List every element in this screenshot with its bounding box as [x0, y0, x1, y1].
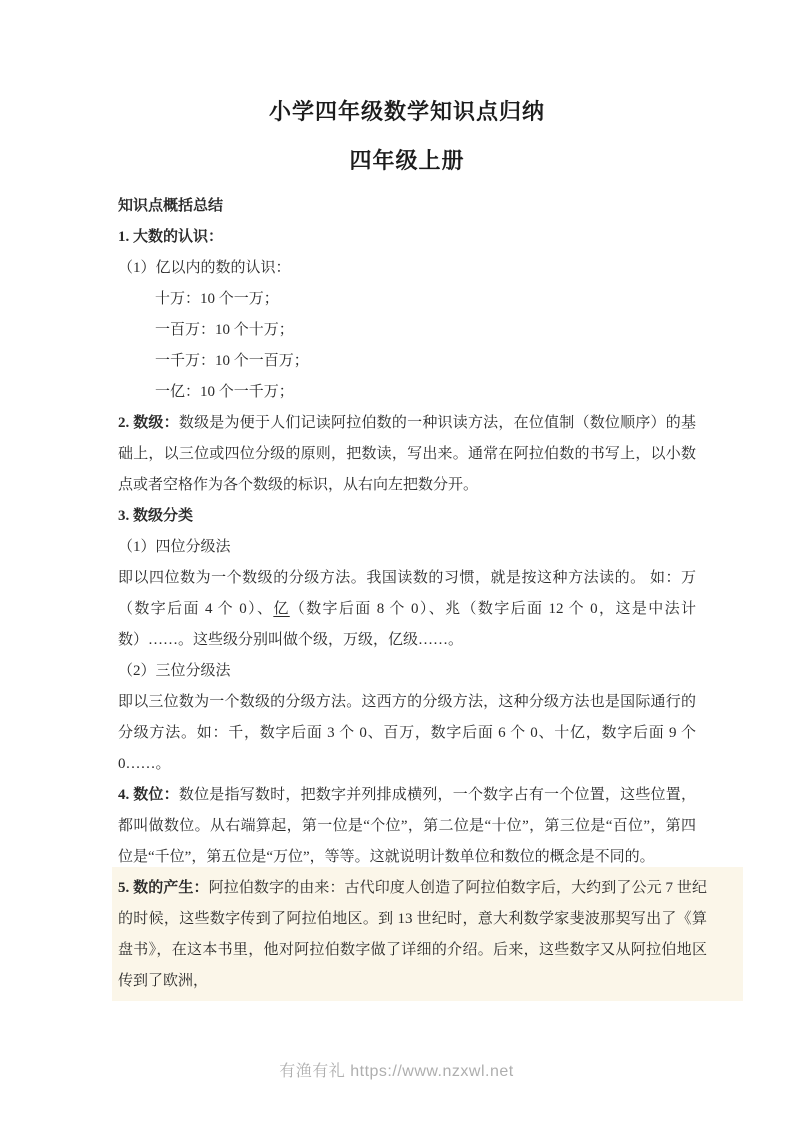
- section2-paragraph: 2. 数级：数级是为便于人们记读阿拉伯数的一种识读方法，在位值制（数位顺序）的基…: [118, 408, 696, 501]
- section4-body: 数位是指写数时，把数字并列排成横列，一个数字占有一个位置，这些位置，都叫做数位。…: [118, 787, 696, 865]
- section3-heading: 3. 数级分类: [118, 501, 696, 532]
- section1-subheading: （1）亿以内的数的认识：: [118, 253, 696, 284]
- page-subtitle: 四年级上册: [118, 147, 696, 175]
- section4-lead: 4. 数位：: [118, 787, 179, 803]
- place-value-line: 一百万：10 个十万；: [118, 315, 696, 346]
- section5-highlight-block: 5. 数的产生：阿拉伯数字的由来：古代印度人创造了阿拉伯数字后，大约到了公元 7…: [112, 867, 743, 1001]
- section2-body: 数级是为便于人们记读阿拉伯数的一种识读方法，在位值制（数位顺序）的基础上，以三位…: [118, 415, 696, 493]
- overview-heading: 知识点概括总结: [118, 191, 696, 222]
- section4-paragraph: 4. 数位：数位是指写数时，把数字并列排成横列，一个数字占有一个位置，这些位置，…: [118, 780, 696, 873]
- section1-heading: 1. 大数的认识：: [118, 222, 696, 253]
- section5-body: 阿拉伯数字的由来：古代印度人创造了阿拉伯数字后，大约到了公元 7 世纪的时候，这…: [118, 880, 707, 989]
- page-title: 小学四年级数学知识点归纳: [118, 0, 696, 126]
- place-value-line: 十万：10 个一万；: [118, 284, 696, 315]
- section3-paragraph-2: 即以三位数为一个数级的分级方法。这西方的分级方法，这种分级方法也是国际通行的分级…: [118, 687, 696, 780]
- section3-subheading-1: （1）四位分级法: [118, 532, 696, 563]
- page-footer: 有渔有礼 https://www.nzxwl.net: [0, 1058, 793, 1081]
- underlined-term: 亿: [273, 601, 289, 617]
- document-page: 小学四年级数学知识点归纳 四年级上册 知识点概括总结 1. 大数的认识： （1）…: [0, 0, 793, 1122]
- document-content: 小学四年级数学知识点归纳 四年级上册 知识点概括总结 1. 大数的认识： （1）…: [118, 0, 696, 1001]
- section5-paragraph: 5. 数的产生：阿拉伯数字的由来：古代印度人创造了阿拉伯数字后，大约到了公元 7…: [118, 873, 707, 997]
- place-value-line: 一亿：10 个一千万；: [118, 377, 696, 408]
- place-value-line: 一千万：10 个一百万；: [118, 346, 696, 377]
- section5-lead: 5. 数的产生：: [118, 880, 209, 896]
- section3-subheading-2: （2）三位分级法: [118, 656, 696, 687]
- section2-lead: 2. 数级：: [118, 415, 179, 431]
- section3-paragraph-1: 即以四位数为一个数级的分级方法。我国读数的习惯，就是按这种方法读的。 如：万（数…: [118, 563, 696, 656]
